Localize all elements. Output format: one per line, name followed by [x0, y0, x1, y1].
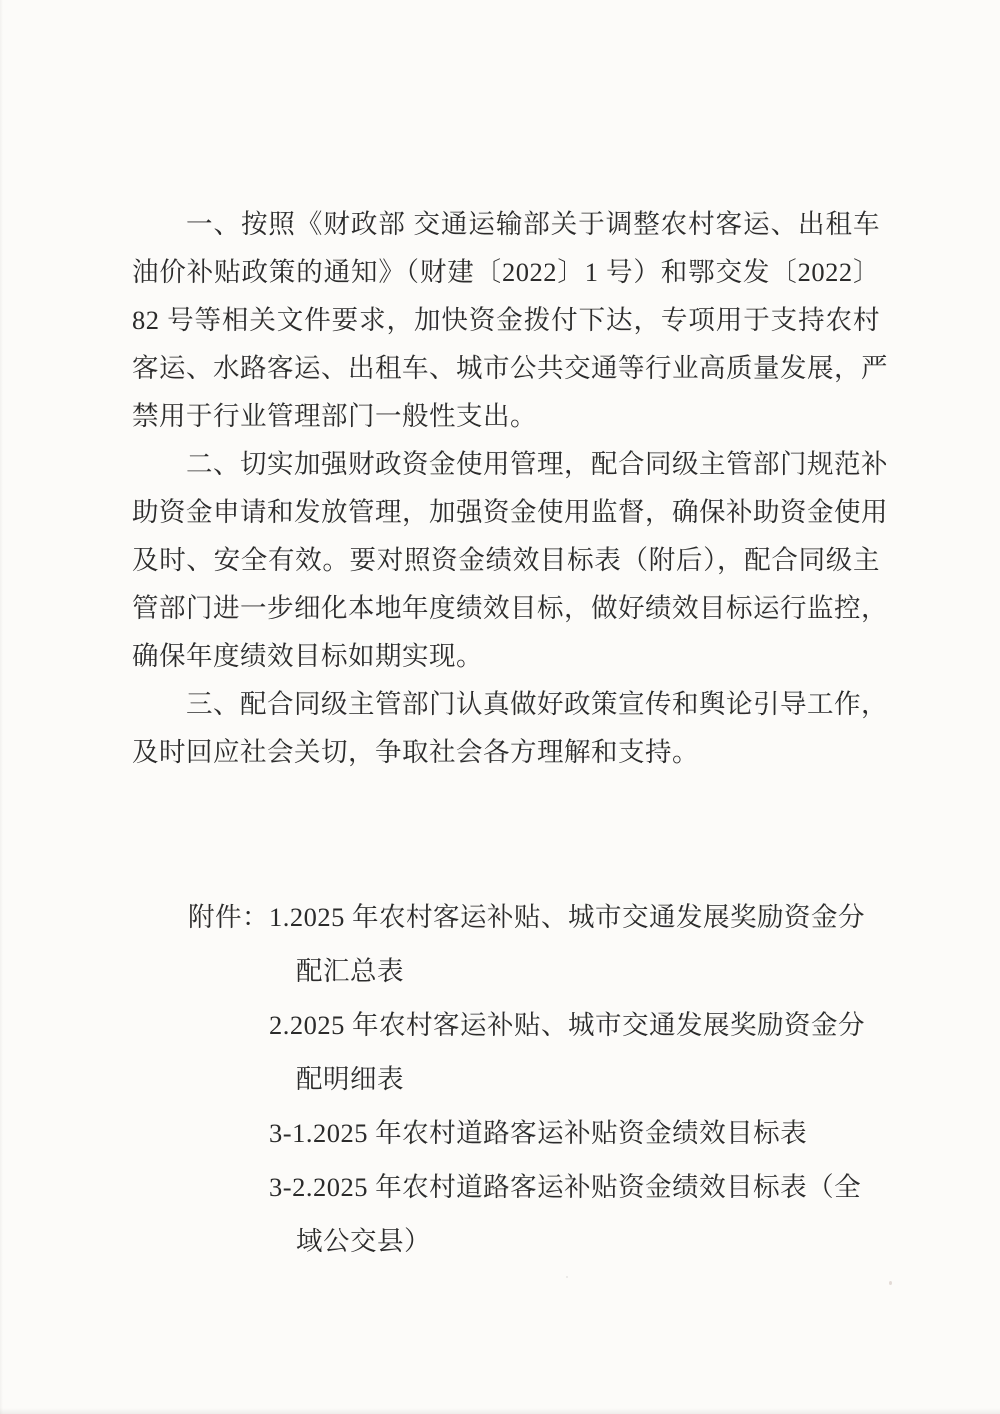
text-line: 82 号等相关文件要求，加快资金拨付下达，专项用于支持农村 [132, 296, 880, 344]
text-line: 三、配合同级主管部门认真做好政策宣传和舆论引导工作， [132, 680, 880, 728]
attachment-item: 3-1.2025 年农村道路客运补贴资金绩效目标表 [269, 1106, 865, 1160]
attachment-item: 3-2.2025 年农村道路客运补贴资金绩效目标表（全域公交县） [269, 1160, 865, 1268]
text-line: 管部门进一步细化本地年度绩效目标，做好绩效目标运行监控， [132, 584, 880, 632]
text-line: 及时、安全有效。要对照资金绩效目标表（附后），配合同级主 [132, 536, 880, 584]
text-line: 一、按照《财政部 交通运输部关于调整农村客运、出租车 [132, 200, 880, 248]
attachment-item: 2.2025 年农村客运补贴、城市交通发展奖励资金分配明细表 [269, 998, 865, 1106]
scanned-document-page: 一、按照《财政部 交通运输部关于调整农村客运、出租车油价补贴政策的通知》（财建〔… [0, 0, 1000, 1414]
attachment-line: 3-1.2025 年农村道路客运补贴资金绩效目标表 [269, 1106, 865, 1160]
document-body: 一、按照《财政部 交通运输部关于调整农村客运、出租车油价补贴政策的通知》（财建〔… [132, 200, 880, 776]
attachment-line: 配汇总表 [269, 944, 865, 998]
attachment-line: 1.2025 年农村客运补贴、城市交通发展奖励资金分 [269, 890, 865, 944]
attachments-label: 附件： [188, 890, 269, 944]
text-line: 客运、水路客运、出租车、城市公共交通等行业高质量发展，严 [132, 344, 880, 392]
attachments-section: 附件： 1.2025 年农村客运补贴、城市交通发展奖励资金分配汇总表2.2025… [188, 890, 900, 1268]
attachment-line: 配明细表 [269, 1052, 865, 1106]
text-line: 确保年度绩效目标如期实现。 [132, 632, 880, 680]
attachments-list: 1.2025 年农村客运补贴、城市交通发展奖励资金分配汇总表2.2025 年农村… [269, 890, 865, 1268]
scan-edge-shade-bottom [0, 1408, 1000, 1414]
attachment-line: 2.2025 年农村客运补贴、城市交通发展奖励资金分 [269, 998, 865, 1052]
text-line: 助资金申请和发放管理，加强资金使用监督，确保补助资金使用 [132, 488, 880, 536]
text-line: 油价补贴政策的通知》（财建〔2022〕1 号）和鄂交发〔2022〕 [132, 248, 880, 296]
scan-edge-shade-left [0, 0, 3, 1414]
text-line: 及时回应社会关切，争取社会各方理解和支持。 [132, 728, 880, 776]
attachment-line: 域公交县） [269, 1214, 865, 1268]
attachment-line: 3-2.2025 年农村道路客运补贴资金绩效目标表（全 [269, 1160, 865, 1214]
scan-speck [566, 1276, 568, 1278]
text-line: 禁用于行业管理部门一般性支出。 [132, 392, 880, 440]
attachment-item: 1.2025 年农村客运补贴、城市交通发展奖励资金分配汇总表 [269, 890, 865, 998]
scan-speck [889, 1281, 892, 1285]
text-line: 二、切实加强财政资金使用管理，配合同级主管部门规范补 [132, 440, 880, 488]
